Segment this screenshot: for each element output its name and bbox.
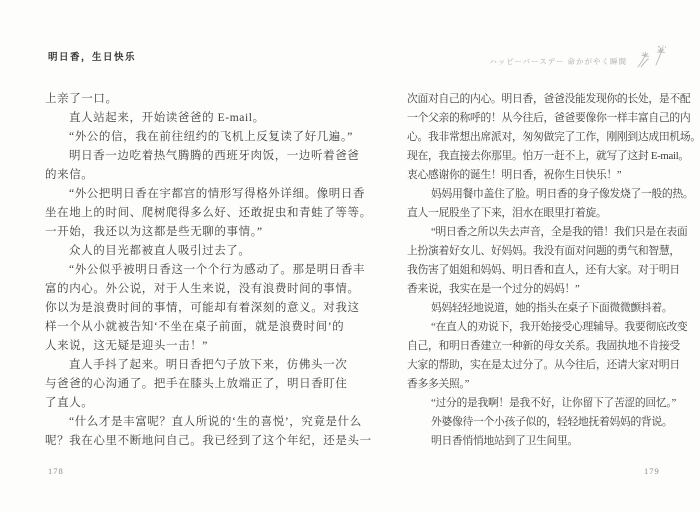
text-line: “明日香之所以失去声音，全是我的错！我们只是在表面 (407, 223, 673, 242)
text-line: “在直人的劝说下，我开始接受心理辅导。我要彻底改变 (407, 318, 673, 337)
text-line: 上扮演着好女儿、好妈妈。我没有面对问题的勇气和智慧， (407, 242, 673, 261)
text-line: 直人手抖了起来。明日香把勺子放下来，仿佛头一次 (45, 356, 341, 375)
text-line: 香来说，我实在是一个过分的妈妈！” (407, 280, 673, 299)
text-line: 呢？我在心里不断地问自己。我已经到了这个年纪，还是头一 (45, 432, 341, 451)
text-line: 香多多关照。” (407, 375, 673, 394)
text-line: 人来说，这无疑是迎头一击！” (45, 337, 341, 356)
text-line: 直人一屁股坐了下来，泪水在眼里打着旋。 (407, 204, 673, 223)
text-line: 心。我非常想出席派对，匆匆做完了工作，刚刚到达成田机场。 (407, 128, 673, 147)
text-line: 现在，我直接去你那里。怕万一赶不上，就写了这封 E-mail。 (407, 147, 673, 166)
right-running-head-row: ハッピーバースデー 命かがやく瞬間 (489, 44, 670, 70)
text-line: 的来信。 (45, 166, 341, 185)
left-page-number: 178 (48, 466, 64, 476)
text-line: 外婆像待一个小孩子似的，轻轻地抚着妈妈的背说。 (407, 413, 673, 432)
text-line: “过分的是我啊！是我不好，让你留下了苦涩的回忆。” (407, 394, 673, 413)
text-line: 众人的目光都被直人吸引过去了。 (45, 242, 341, 261)
text-line: 一开始，我还以为这都是些无聊的事情。” (45, 223, 341, 242)
left-page-body: 上亲了一口。直人站起来，开始读爸爸的 E-mail。“外公的信，我在前往纽约的飞… (45, 90, 341, 451)
text-line: 坐在地上的时间、爬树爬得多么好、还敢捉虫和青蛙了等等。 (45, 204, 341, 223)
text-line: “外公似乎被明日香这一个个行为感动了。那是明日香丰 (45, 261, 341, 280)
text-line: “什么才是丰富呢？直人所说的‘生的喜悦’，究竟是什么 (45, 413, 341, 432)
text-line: 样一个从小就被告知‘不坐在桌子前面，就是浪费时间’的 (45, 318, 341, 337)
text-line: 自己，和明日香建立一种新的母女关系。我固执地不肯接受 (407, 337, 673, 356)
book-spread: 明日香，生日快乐 上亲了一口。直人站起来，开始读爸爸的 E-mail。“外公的信… (0, 0, 700, 511)
text-line: 我伤害了姐姐和妈妈、明日香和直人，还有大家。对于明日 (407, 261, 673, 280)
left-running-head: 明日香，生日快乐 (48, 49, 136, 63)
text-line: 与爸爸的心沟通了。把手在膝头上放端正了，明日香盯住 (45, 375, 341, 394)
right-running-head: ハッピーバースデー 命かがやく瞬間 (489, 48, 627, 67)
text-line: 妈妈用餐巾盖住了脸。明日香的身子像发烧了一般的热。 (407, 185, 673, 204)
text-line: 明日香一边吃着热气腾腾的西班牙肉饭，一边听着爸爸 (45, 147, 341, 166)
text-line: “外公的信，我在前往纽约的飞机上反复读了好几遍。” (45, 128, 341, 147)
text-line: 一个父亲的称呼的！从今往后，爸爸要像你一样丰富自己的内 (407, 109, 673, 128)
text-line: 次面对自己的内心。明日香，爸爸没能发现你的长处，是不配 (407, 90, 673, 109)
text-line: 直人站起来，开始读爸爸的 E-mail。 (45, 109, 341, 128)
text-line: 了直人。 (45, 394, 341, 413)
text-line: “外公把明日香在宇都宫的情形写得格外详细。像明日香 (45, 185, 341, 204)
right-page-body: 次面对自己的内心。明日香，爸爸没能发现你的长处，是不配一个父亲的称呼的！从今往后… (407, 90, 673, 451)
right-page-number: 179 (644, 466, 660, 476)
text-line: 明日香悄悄地站到了卫生间里。 (407, 432, 673, 451)
text-line: 妈妈轻轻地说道，她的指头在桌子下面微微颤抖着。 (407, 299, 673, 318)
text-line: 上亲了一口。 (45, 90, 341, 109)
flower-sprig-icon (632, 44, 670, 70)
text-line: 大家的帮助，实在是太过分了。从今往后，还请大家对明日 (407, 356, 673, 375)
text-line: 衷心感谢你的诞生！明日香，祝你生日快乐！” (407, 166, 673, 185)
text-line: 你以为是浪费时间的事情，可能却有着深刻的意义。对我这 (45, 299, 341, 318)
text-line: 富的内心。外公说，对于人生来说，没有浪费时间的事情。 (45, 280, 341, 299)
